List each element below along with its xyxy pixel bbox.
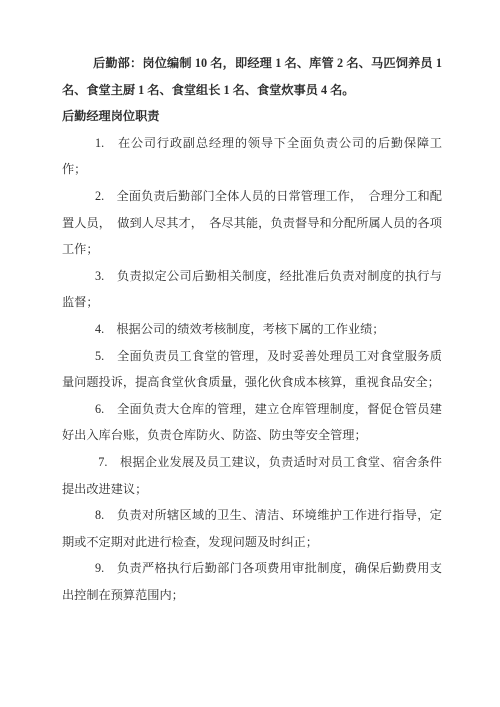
duty-item-4: 4. 根据公司的绩效考核制度，考核下属的工作业绩； <box>62 316 442 343</box>
duty-item-1: 1. 在公司行政副总经理的领导下全面负责公司的后勤保障工作； <box>62 130 442 183</box>
duty-item-9: 9. 负责严格执行后勤部门各项费用审批制度，确保后勤费用支出控制在预算范围内； <box>62 555 442 608</box>
duty-item-5: 5. 全面负责员工食堂的管理，及时妥善处理员工对食堂服务质量问题投诉，提高食堂伙… <box>62 343 442 396</box>
duty-item-8: 8. 负责对所辖区域的卫生、清洁、环境维护工作进行指导，定期或不定期对此进行检查… <box>62 502 442 555</box>
document-page: 后勤部：岗位编制 10 名，即经理 1 名、库管 2 名、马匹饲养员 1 名、食… <box>0 0 500 707</box>
staffing-intro-paragraph: 后勤部：岗位编制 10 名，即经理 1 名、库管 2 名、马匹饲养员 1 名、食… <box>62 50 442 103</box>
duty-item-6: 6. 全面负责大仓库的管理，建立仓库管理制度，督促仓管员建好出入库台账，负责仓库… <box>62 396 442 449</box>
duty-item-7: 7. 根据企业发展及员工建议，负责适时对员工食堂、宿舍条件提出改进建议； <box>62 449 442 502</box>
section-heading: 后勤经理岗位职责 <box>62 103 442 130</box>
duty-item-2: 2. 全面负责后勤部门全体人员的日常管理工作， 合理分工和配置人员， 做到人尽其… <box>62 183 442 263</box>
duty-item-3: 3. 负责拟定公司后勤相关制度，经批准后负责对制度的执行与监督； <box>62 263 442 316</box>
